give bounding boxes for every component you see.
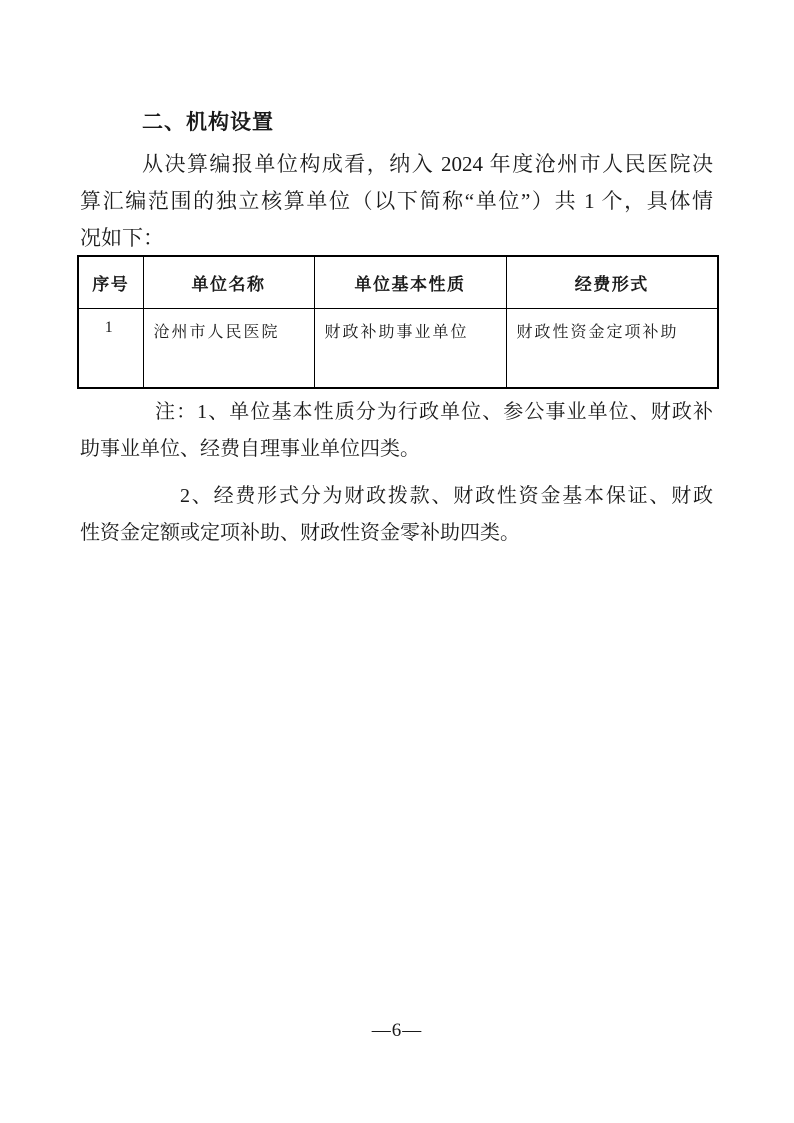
note-line: 性资金定额或定项补助、财政性资金零补助四类。	[80, 515, 713, 552]
cell-unit-nature: 财政补助事业单位	[314, 308, 506, 388]
cell-funding-type: 财政性资金定项补助	[506, 308, 718, 388]
paragraph-line: 从决算编报单位构成看，纳入 2024 年度沧州市人民医院决	[80, 146, 713, 183]
table-header-unit-name: 单位名称	[143, 256, 314, 308]
table-header-funding-type: 经费形式	[506, 256, 718, 308]
note-1: 注：1、单位基本性质分为行政单位、参公事业单位、财政补 助事业单位、经费自理事业…	[80, 394, 713, 468]
cell-serial: 1	[78, 308, 143, 388]
table-row: 1 沧州市人民医院 财政补助事业单位 财政性资金定项补助	[78, 308, 718, 388]
paragraph-line: 算汇编范围的独立核算单位（以下简称“单位”）共 1 个，具体情	[80, 183, 713, 220]
paragraph-line: 况如下：	[80, 220, 713, 257]
section-heading: 二、机构设置	[142, 106, 274, 136]
table-header-unit-nature: 单位基本性质	[314, 256, 506, 308]
note-2: 2、经费形式分为财政拨款、财政性资金基本保证、财政 性资金定额或定项补助、财政性…	[80, 478, 713, 552]
page-number: —6—	[0, 1020, 794, 1042]
note-line: 注：1、单位基本性质分为行政单位、参公事业单位、财政补	[80, 394, 713, 431]
table-header-serial: 序号	[78, 256, 143, 308]
notes-section: 注：1、单位基本性质分为行政单位、参公事业单位、财政补 助事业单位、经费自理事业…	[80, 394, 713, 552]
intro-paragraph: 从决算编报单位构成看，纳入 2024 年度沧州市人民医院决 算汇编范围的独立核算…	[80, 146, 713, 257]
cell-unit-name: 沧州市人民医院	[143, 308, 314, 388]
unit-table: 序号 单位名称 单位基本性质 经费形式 1 沧州市人民医院 财政补助事业单位 财…	[77, 255, 719, 389]
table-header-row: 序号 单位名称 单位基本性质 经费形式	[78, 256, 718, 308]
document-page: 二、机构设置 从决算编报单位构成看，纳入 2024 年度沧州市人民医院决 算汇编…	[0, 0, 794, 1123]
note-line: 助事业单位、经费自理事业单位四类。	[80, 431, 713, 468]
note-line: 2、经费形式分为财政拨款、财政性资金基本保证、财政	[80, 478, 713, 515]
